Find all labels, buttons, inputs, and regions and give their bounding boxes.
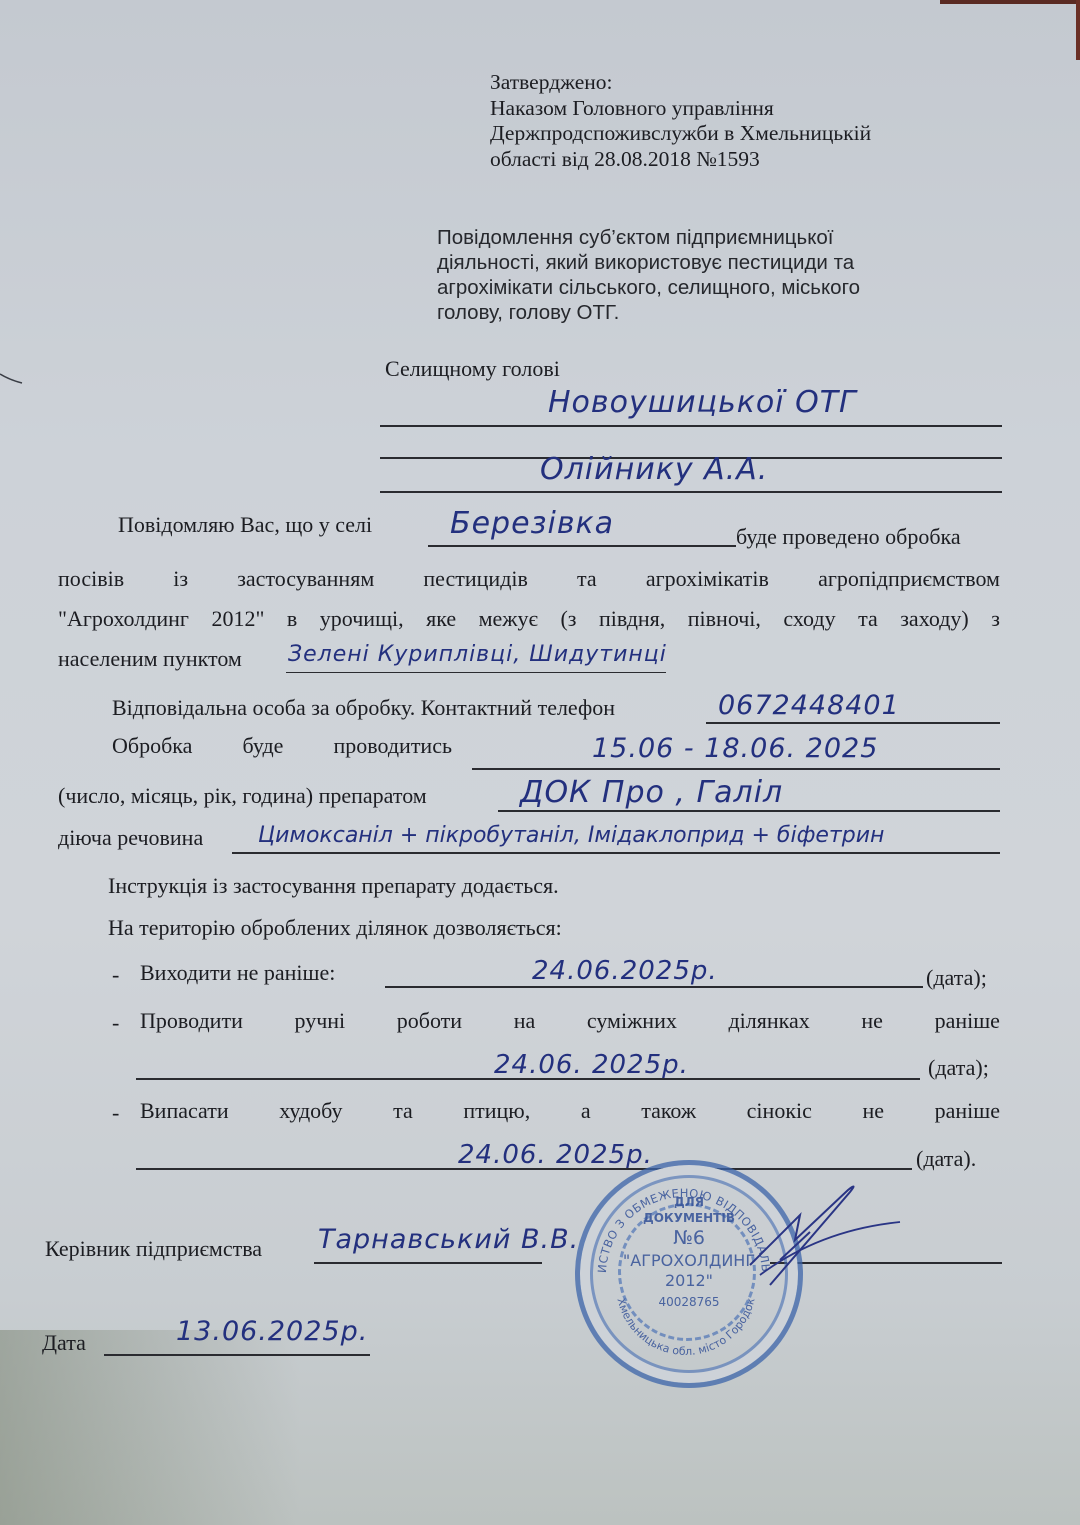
word: півдня, bbox=[599, 606, 665, 632]
subject-line: діяльності, який використовує пестициди … bbox=[437, 250, 860, 275]
document-subject: Повідомлення суб’єктом підприємницької д… bbox=[437, 225, 860, 325]
addressee-handwritten-line1: Новоушицької ОТГ bbox=[548, 385, 857, 420]
word: проводитись bbox=[333, 733, 452, 759]
date-suffix: (дата). bbox=[916, 1146, 976, 1172]
underline bbox=[498, 810, 1000, 812]
dash: - bbox=[112, 1100, 119, 1126]
word: на bbox=[514, 1008, 536, 1034]
word: буде bbox=[242, 733, 283, 759]
date-suffix: (дата); bbox=[926, 965, 987, 991]
word: також bbox=[641, 1098, 696, 1124]
word: в bbox=[287, 606, 297, 632]
active-substance-label: діюча речовина bbox=[58, 825, 203, 851]
addressee-label: Селищному голові bbox=[385, 356, 560, 382]
word: суміжних bbox=[587, 1008, 677, 1034]
underline bbox=[385, 986, 923, 988]
word: роботи bbox=[397, 1008, 462, 1034]
approval-line: Наказом Головного управління bbox=[490, 96, 871, 122]
approval-block: Затверджено: Наказом Головного управлінн… bbox=[490, 70, 871, 172]
permission-grazing-label: Випасати худобу та птицю, а також сінокі… bbox=[140, 1098, 1000, 1124]
word: пестицидів bbox=[423, 566, 527, 592]
word: та bbox=[858, 606, 878, 632]
background-edge bbox=[1076, 0, 1080, 60]
underline bbox=[232, 852, 1000, 854]
word: межує bbox=[479, 606, 538, 632]
permission-exit-label: Виходити не раніше: bbox=[140, 960, 335, 986]
word: а bbox=[581, 1098, 591, 1124]
word: ручні bbox=[294, 1008, 345, 1034]
phone-handwritten: 0672448401 bbox=[718, 690, 900, 721]
treatment-label: Обробка буде проводитись bbox=[112, 733, 452, 759]
date-handwritten: 13.06.2025р. bbox=[176, 1316, 368, 1347]
underline bbox=[136, 1078, 920, 1080]
background-edge bbox=[940, 0, 1080, 4]
underline bbox=[380, 425, 1002, 427]
underline bbox=[286, 672, 666, 673]
treatment-dates-handwritten: 15.06 - 18.06. 2025 bbox=[592, 733, 878, 764]
word: урочищі, bbox=[320, 606, 404, 632]
settlements-handwritten: Зелені Куриплівці, Шидутинці bbox=[288, 642, 667, 667]
notice-text: населеним пунктом bbox=[58, 646, 242, 672]
paper-shadow bbox=[0, 1330, 300, 1525]
word: заходу) bbox=[900, 606, 969, 632]
permission-manual-work-label: Проводити ручні роботи на суміжних ділян… bbox=[140, 1008, 1000, 1034]
stamp-code: 40028765 bbox=[580, 1295, 798, 1309]
preparation-handwritten: ДОК Про , Галіл bbox=[520, 775, 783, 810]
word: сходу bbox=[783, 606, 835, 632]
document-page: Затверджено: Наказом Головного управлінн… bbox=[0, 0, 1080, 1525]
word: Обробка bbox=[112, 733, 192, 759]
word: раніше bbox=[935, 1008, 1000, 1034]
word: "Агрохолдинг bbox=[58, 606, 189, 632]
approval-line: області від 28.08.2018 №1593 bbox=[490, 147, 871, 173]
notice-text: буде проведено обробка bbox=[736, 524, 961, 550]
word: Випасати bbox=[140, 1098, 229, 1124]
word: агрохімікатів bbox=[646, 566, 769, 592]
word: застосуванням bbox=[237, 566, 374, 592]
date-label: Дата bbox=[42, 1330, 86, 1356]
dash: - bbox=[112, 962, 119, 988]
subject-line: голову, голову ОТГ. bbox=[437, 300, 860, 325]
word: яке bbox=[426, 606, 456, 632]
word: раніше bbox=[935, 1098, 1000, 1124]
pen-mark bbox=[0, 370, 30, 390]
signature-label: Керівник підприємства bbox=[45, 1236, 262, 1262]
permissions-title: На територію оброблених ділянок дозволяє… bbox=[108, 915, 562, 941]
approval-line: Держпродспоживслужби в Хмельницькій bbox=[490, 121, 871, 147]
word: птицю, bbox=[463, 1098, 530, 1124]
date-suffix: (дата); bbox=[928, 1055, 989, 1081]
word: півночі, bbox=[688, 606, 761, 632]
notice-line-3: "Агрохолдинг 2012" в урочищі, яке межує … bbox=[58, 606, 1000, 632]
dash: - bbox=[112, 1010, 119, 1036]
subject-line: Повідомлення суб’єктом підприємницької bbox=[437, 225, 860, 250]
approval-line: Затверджено: bbox=[490, 70, 871, 96]
contact-label: Відповідальна особа за обробку. Контактн… bbox=[112, 695, 615, 721]
underline bbox=[380, 491, 1002, 493]
subject-line: агрохімікати сільського, селищного, місь… bbox=[437, 275, 860, 300]
word: з bbox=[991, 606, 1000, 632]
active-substance-handwritten: Цимоксаніл + пікробутаніл, Імідаклоприд … bbox=[258, 823, 884, 848]
word: ділянках bbox=[728, 1008, 809, 1034]
permission-exit-date: 24.06.2025р. bbox=[532, 956, 718, 986]
word: сінокіс bbox=[747, 1098, 812, 1124]
word: не bbox=[861, 1008, 883, 1034]
instruction-text: Інструкція із застосування препарату дод… bbox=[108, 873, 559, 899]
word: із bbox=[173, 566, 188, 592]
notice-text: Повідомляю Вас, що у селі bbox=[118, 512, 372, 538]
preparation-label: (число, місяць, рік, година) препаратом bbox=[58, 783, 427, 809]
word: та bbox=[577, 566, 597, 592]
underline bbox=[314, 1262, 542, 1264]
notice-line-2: посівів із застосуванням пестицидів та а… bbox=[58, 566, 1000, 592]
word: 2012" bbox=[211, 606, 264, 632]
underline bbox=[104, 1354, 370, 1356]
word: Проводити bbox=[140, 1008, 243, 1034]
word: посівів bbox=[58, 566, 124, 592]
word: та bbox=[393, 1098, 413, 1124]
permission-manual-work-date: 24.06. 2025р. bbox=[494, 1050, 689, 1080]
word: худобу bbox=[279, 1098, 342, 1124]
signature-scribble bbox=[740, 1170, 920, 1290]
addressee-handwritten-line3: Олійнику А.А. bbox=[540, 452, 768, 487]
word: не bbox=[862, 1098, 884, 1124]
underline bbox=[472, 768, 1000, 770]
village-handwritten: Березівка bbox=[450, 506, 614, 541]
word: агропідприємством bbox=[818, 566, 1000, 592]
signature-name-handwritten: Тарнавський В.В. bbox=[318, 1224, 579, 1255]
underline bbox=[428, 545, 736, 547]
word: (з bbox=[560, 606, 576, 632]
underline bbox=[706, 722, 1000, 724]
